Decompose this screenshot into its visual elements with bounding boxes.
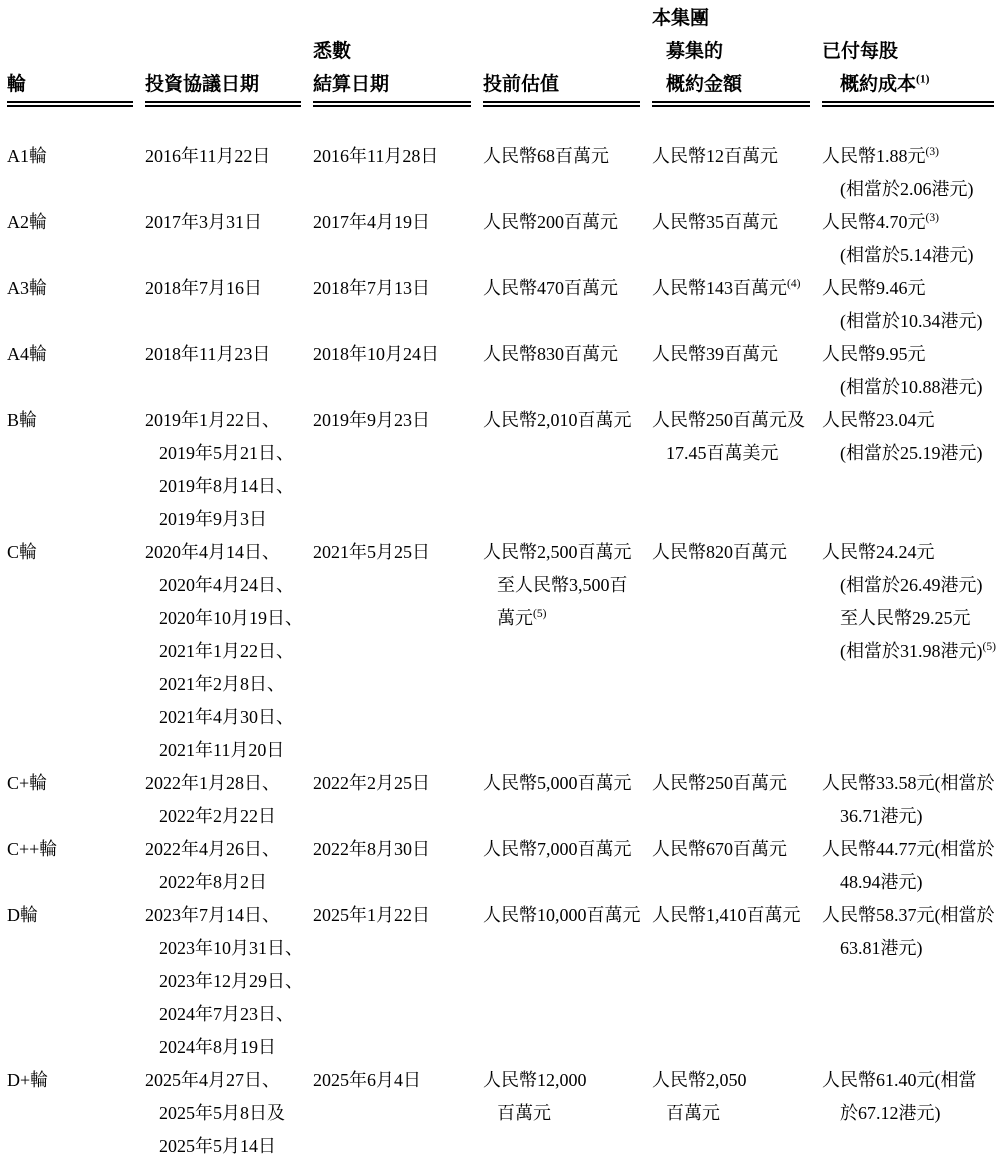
cell-agreement-date: 2017年3月31日 <box>145 206 313 239</box>
text-line: 2021年1月22日、 <box>145 635 313 668</box>
table-body: A1輪2016年11月22日2016年11月28日人民幣68百萬元人民幣12百萬… <box>7 140 1000 1163</box>
cell-pre-money-valuation: 人民幣830百萬元 <box>483 338 652 371</box>
cell-round: C++輪 <box>7 833 145 866</box>
text-line: (相當於31.98港元)(5) <box>822 635 997 668</box>
cell-agreement-date: 2019年1月22日、2019年5月21日、2019年8月14日、2019年9月… <box>145 404 313 536</box>
text-line: 人民幣61.40元(相當 <box>822 1064 997 1097</box>
text-line: 結算日期 <box>313 68 483 101</box>
text-line: 人民幣12百萬元 <box>652 140 822 173</box>
cell-round: A4輪 <box>7 338 145 371</box>
text-line: 2020年4月14日、 <box>145 536 313 569</box>
text-line: 2019年5月21日、 <box>145 437 313 470</box>
text-line: 2022年8月30日 <box>313 833 483 866</box>
text-line: 人民幣2,010百萬元 <box>483 404 652 437</box>
footnote-ref: (4) <box>787 278 800 290</box>
header-amount-raised: 本集團募集的概約金額 <box>652 2 822 107</box>
text-line: 2017年3月31日 <box>145 206 313 239</box>
text-line: 人民幣23.04元 <box>822 404 997 437</box>
table-row-d-plus: D+輪2025年4月27日、2025年5月8日及2025年5月14日2025年6… <box>7 1064 1000 1163</box>
text-line: 2024年7月23日、 <box>145 998 313 1031</box>
cell-cost-per-share: 人民幣4.70元(3)(相當於5.14港元) <box>822 206 997 272</box>
cell-settlement-date: 2025年1月22日 <box>313 899 483 932</box>
text-line: 悉數 <box>313 35 483 68</box>
cell-pre-money-valuation: 人民幣12,000百萬元 <box>483 1064 652 1130</box>
cell-cost-per-share: 人民幣23.04元(相當於25.19港元) <box>822 404 997 470</box>
header-underline <box>822 101 994 107</box>
cell-cost-per-share: 人民幣44.77元(相當於48.94港元) <box>822 833 997 899</box>
table-row-c-plus-plus: C++輪2022年4月26日、2022年8月2日2022年8月30日人民幣7,0… <box>7 833 1000 899</box>
header-underline <box>483 101 640 107</box>
text-line: 2022年2月22日 <box>145 800 313 833</box>
text-line: 人民幣7,000百萬元 <box>483 833 652 866</box>
text-line: 2018年7月13日 <box>313 272 483 305</box>
cell-settlement-date: 2018年10月24日 <box>313 338 483 371</box>
cell-amount-raised: 人民幣143百萬元(4) <box>652 272 822 305</box>
cell-cost-per-share: 人民幣9.46元(相當於10.34港元) <box>822 272 997 338</box>
text-line: A3輪 <box>7 272 145 305</box>
text-line: 概約金額 <box>652 68 822 101</box>
text-line: A2輪 <box>7 206 145 239</box>
text-line: 人民幣10,000百萬元 <box>483 899 652 932</box>
cell-agreement-date: 2018年7月16日 <box>145 272 313 305</box>
cell-amount-raised: 人民幣35百萬元 <box>652 206 822 239</box>
table-row-c: C輪2020年4月14日、2020年4月24日、2020年10月19日、2021… <box>7 536 1000 767</box>
header-underline <box>7 101 133 107</box>
header-pre-money-valuation: 投前估值 <box>483 2 652 107</box>
text-line: 人民幣143百萬元(4) <box>652 272 822 305</box>
cell-settlement-date: 2017年4月19日 <box>313 206 483 239</box>
text-line: 人民幣4.70元(3) <box>822 206 997 239</box>
text-line: 2021年5月25日 <box>313 536 483 569</box>
text-line: 2025年4月27日、 <box>145 1064 313 1097</box>
cell-pre-money-valuation: 人民幣10,000百萬元 <box>483 899 652 932</box>
cell-amount-raised: 人民幣670百萬元 <box>652 833 822 866</box>
text-line: 人民幣33.58元(相當於 <box>822 767 997 800</box>
text-line: 人民幣820百萬元 <box>652 536 822 569</box>
cell-cost-per-share: 人民幣61.40元(相當於67.12港元) <box>822 1064 997 1130</box>
text-line: 2019年9月23日 <box>313 404 483 437</box>
cell-round: B輪 <box>7 404 145 437</box>
funding-rounds-document-page: 輪投資協議日期悉數結算日期投前估值本集團募集的概約金額已付每股概約成本(1) A… <box>0 0 1000 1165</box>
text-line: 人民幣39百萬元 <box>652 338 822 371</box>
cell-pre-money-valuation: 人民幣2,010百萬元 <box>483 404 652 437</box>
text-line: 募集的 <box>652 35 822 68</box>
text-line: 投資協議日期 <box>145 68 313 101</box>
cell-agreement-date: 2022年4月26日、2022年8月2日 <box>145 833 313 899</box>
text-line: 人民幣44.77元(相當於 <box>822 833 997 866</box>
cell-round: C輪 <box>7 536 145 569</box>
text-line: 人民幣470百萬元 <box>483 272 652 305</box>
cell-round: C+輪 <box>7 767 145 800</box>
text-line: 人民幣9.95元 <box>822 338 997 371</box>
header-underline <box>652 101 810 107</box>
header-round: 輪 <box>7 2 145 107</box>
header-agreement-date: 投資協議日期 <box>145 2 313 107</box>
table-row-b: B輪2019年1月22日、2019年5月21日、2019年8月14日、2019年… <box>7 404 1000 536</box>
cell-settlement-date: 2016年11月28日 <box>313 140 483 173</box>
text-line: 人民幣35百萬元 <box>652 206 822 239</box>
text-line: 2018年10月24日 <box>313 338 483 371</box>
text-line: 2022年2月25日 <box>313 767 483 800</box>
cell-settlement-date: 2025年6月4日 <box>313 1064 483 1097</box>
text-line: 人民幣12,000 <box>483 1064 652 1097</box>
cell-agreement-date: 2023年7月14日、2023年10月31日、2023年12月29日、2024年… <box>145 899 313 1064</box>
text-line: 已付每股 <box>822 35 997 68</box>
text-line: 2023年12月29日、 <box>145 965 313 998</box>
text-line: 人民幣670百萬元 <box>652 833 822 866</box>
text-line: 至人民幣29.25元 <box>822 602 997 635</box>
text-line: 2018年11月23日 <box>145 338 313 371</box>
text-line: B輪 <box>7 404 145 437</box>
text-line: C輪 <box>7 536 145 569</box>
text-line: A4輪 <box>7 338 145 371</box>
cell-amount-raised: 人民幣39百萬元 <box>652 338 822 371</box>
text-line: 萬元(5) <box>483 602 652 635</box>
text-line: 2021年4月30日、 <box>145 701 313 734</box>
cell-cost-per-share: 人民幣9.95元(相當於10.88港元) <box>822 338 997 404</box>
cell-pre-money-valuation: 人民幣2,500百萬元至人民幣3,500百萬元(5) <box>483 536 652 635</box>
cell-amount-raised: 人民幣12百萬元 <box>652 140 822 173</box>
cell-amount-raised: 人民幣250百萬元 <box>652 767 822 800</box>
text-line: (相當於26.49港元) <box>822 569 997 602</box>
cell-amount-raised: 人民幣820百萬元 <box>652 536 822 569</box>
text-line: C+輪 <box>7 767 145 800</box>
text-line: 人民幣830百萬元 <box>483 338 652 371</box>
cell-round: A2輪 <box>7 206 145 239</box>
table-row-a4: A4輪2018年11月23日2018年10月24日人民幣830百萬元人民幣39百… <box>7 338 1000 404</box>
text-line: 2017年4月19日 <box>313 206 483 239</box>
cell-settlement-date: 2018年7月13日 <box>313 272 483 305</box>
table-header-row: 輪投資協議日期悉數結算日期投前估值本集團募集的概約金額已付每股概約成本(1) <box>7 2 1000 107</box>
text-line: 本集團 <box>652 2 822 35</box>
text-line: 人民幣24.24元 <box>822 536 997 569</box>
text-line: 2022年8月2日 <box>145 866 313 899</box>
cell-round: D輪 <box>7 899 145 932</box>
text-line: 36.71港元) <box>822 800 997 833</box>
text-line: 人民幣58.37元(相當於 <box>822 899 997 932</box>
cell-cost-per-share: 人民幣33.58元(相當於36.71港元) <box>822 767 997 833</box>
table-row-a3: A3輪2018年7月16日2018年7月13日人民幣470百萬元人民幣143百萬… <box>7 272 1000 338</box>
cell-cost-per-share: 人民幣58.37元(相當於63.81港元) <box>822 899 997 965</box>
cell-settlement-date: 2022年8月30日 <box>313 833 483 866</box>
cell-pre-money-valuation: 人民幣5,000百萬元 <box>483 767 652 800</box>
cell-round: A1輪 <box>7 140 145 173</box>
text-line: D+輪 <box>7 1064 145 1097</box>
footnote-ref: (5) <box>533 608 546 620</box>
header-settlement-date: 悉數結算日期 <box>313 2 483 107</box>
text-line: 2025年6月4日 <box>313 1064 483 1097</box>
cell-agreement-date: 2020年4月14日、2020年4月24日、2020年10月19日、2021年1… <box>145 536 313 767</box>
cell-settlement-date: 2021年5月25日 <box>313 536 483 569</box>
text-line: D輪 <box>7 899 145 932</box>
text-line: (相當於10.88港元) <box>822 371 997 404</box>
text-line: (相當於10.34港元) <box>822 305 997 338</box>
header-underline <box>145 101 301 107</box>
cell-agreement-date: 2022年1月28日、2022年2月22日 <box>145 767 313 833</box>
footnote-ref: (3) <box>926 212 939 224</box>
text-line: 2020年10月19日、 <box>145 602 313 635</box>
text-line: 2016年11月28日 <box>313 140 483 173</box>
text-line: 2023年10月31日、 <box>145 932 313 965</box>
table-row-a2: A2輪2017年3月31日2017年4月19日人民幣200百萬元人民幣35百萬元… <box>7 206 1000 272</box>
cell-round: A3輪 <box>7 272 145 305</box>
text-line: 2019年9月3日 <box>145 503 313 536</box>
text-line: 2021年2月8日、 <box>145 668 313 701</box>
text-line: 至人民幣3,500百 <box>483 569 652 602</box>
text-line: 48.94港元) <box>822 866 997 899</box>
text-line: 2022年1月28日、 <box>145 767 313 800</box>
text-line: 人民幣200百萬元 <box>483 206 652 239</box>
cell-agreement-date: 2016年11月22日 <box>145 140 313 173</box>
cell-settlement-date: 2019年9月23日 <box>313 404 483 437</box>
cell-amount-raised: 人民幣2,050百萬元 <box>652 1064 822 1130</box>
text-line: 2025年1月22日 <box>313 899 483 932</box>
text-line: 人民幣250百萬元及 <box>652 404 822 437</box>
text-line: 輪 <box>7 68 145 101</box>
text-line: (相當於2.06港元) <box>822 173 997 206</box>
text-line: 百萬元 <box>652 1097 822 1130</box>
cell-amount-raised: 人民幣250百萬元及17.45百萬美元 <box>652 404 822 470</box>
cell-agreement-date: 2025年4月27日、2025年5月8日及2025年5月14日 <box>145 1064 313 1163</box>
cell-cost-per-share: 人民幣1.88元(3)(相當於2.06港元) <box>822 140 997 206</box>
text-line: 2020年4月24日、 <box>145 569 313 602</box>
text-line: 63.81港元) <box>822 932 997 965</box>
text-line: 2025年5月8日及 <box>145 1097 313 1130</box>
text-line: 2021年11月20日 <box>145 734 313 767</box>
text-line: (相當於5.14港元) <box>822 239 997 272</box>
text-line: 2019年1月22日、 <box>145 404 313 437</box>
footnote-ref: (5) <box>983 641 996 653</box>
text-line: 百萬元 <box>483 1097 652 1130</box>
text-line: 人民幣2,500百萬元 <box>483 536 652 569</box>
text-line: 2025年5月14日 <box>145 1130 313 1163</box>
header-cost-per-share: 已付每股概約成本(1) <box>822 2 997 107</box>
text-line: 於67.12港元) <box>822 1097 997 1130</box>
footnote-ref: (1) <box>916 74 929 86</box>
text-line: 人民幣68百萬元 <box>483 140 652 173</box>
header-underline <box>313 101 471 107</box>
cell-pre-money-valuation: 人民幣470百萬元 <box>483 272 652 305</box>
cell-settlement-date: 2022年2月25日 <box>313 767 483 800</box>
table-row-c-plus: C+輪2022年1月28日、2022年2月22日2022年2月25日人民幣5,0… <box>7 767 1000 833</box>
text-line: 人民幣250百萬元 <box>652 767 822 800</box>
text-line: 2016年11月22日 <box>145 140 313 173</box>
text-line: 概約成本(1) <box>822 68 997 101</box>
cell-pre-money-valuation: 人民幣200百萬元 <box>483 206 652 239</box>
text-line: 人民幣1.88元(3) <box>822 140 997 173</box>
text-line: 2023年7月14日、 <box>145 899 313 932</box>
text-line: 2024年8月19日 <box>145 1031 313 1064</box>
text-line: 2019年8月14日、 <box>145 470 313 503</box>
cell-pre-money-valuation: 人民幣7,000百萬元 <box>483 833 652 866</box>
footnote-ref: (3) <box>926 146 939 158</box>
text-line: 2018年7月16日 <box>145 272 313 305</box>
text-line: 2022年4月26日、 <box>145 833 313 866</box>
cell-amount-raised: 人民幣1,410百萬元 <box>652 899 822 932</box>
text-line: (相當於25.19港元) <box>822 437 997 470</box>
text-line: 人民幣5,000百萬元 <box>483 767 652 800</box>
table-row-d: D輪2023年7月14日、2023年10月31日、2023年12月29日、202… <box>7 899 1000 1064</box>
text-line: 人民幣9.46元 <box>822 272 997 305</box>
text-line: 人民幣1,410百萬元 <box>652 899 822 932</box>
text-line: 人民幣2,050 <box>652 1064 822 1097</box>
text-line: 17.45百萬美元 <box>652 437 822 470</box>
text-line: 投前估值 <box>483 68 652 101</box>
cell-cost-per-share: 人民幣24.24元(相當於26.49港元)至人民幣29.25元(相當於31.98… <box>822 536 997 668</box>
cell-pre-money-valuation: 人民幣68百萬元 <box>483 140 652 173</box>
text-line: C++輪 <box>7 833 145 866</box>
cell-round: D+輪 <box>7 1064 145 1097</box>
table-row-a1: A1輪2016年11月22日2016年11月28日人民幣68百萬元人民幣12百萬… <box>7 140 1000 206</box>
text-line: A1輪 <box>7 140 145 173</box>
cell-agreement-date: 2018年11月23日 <box>145 338 313 371</box>
